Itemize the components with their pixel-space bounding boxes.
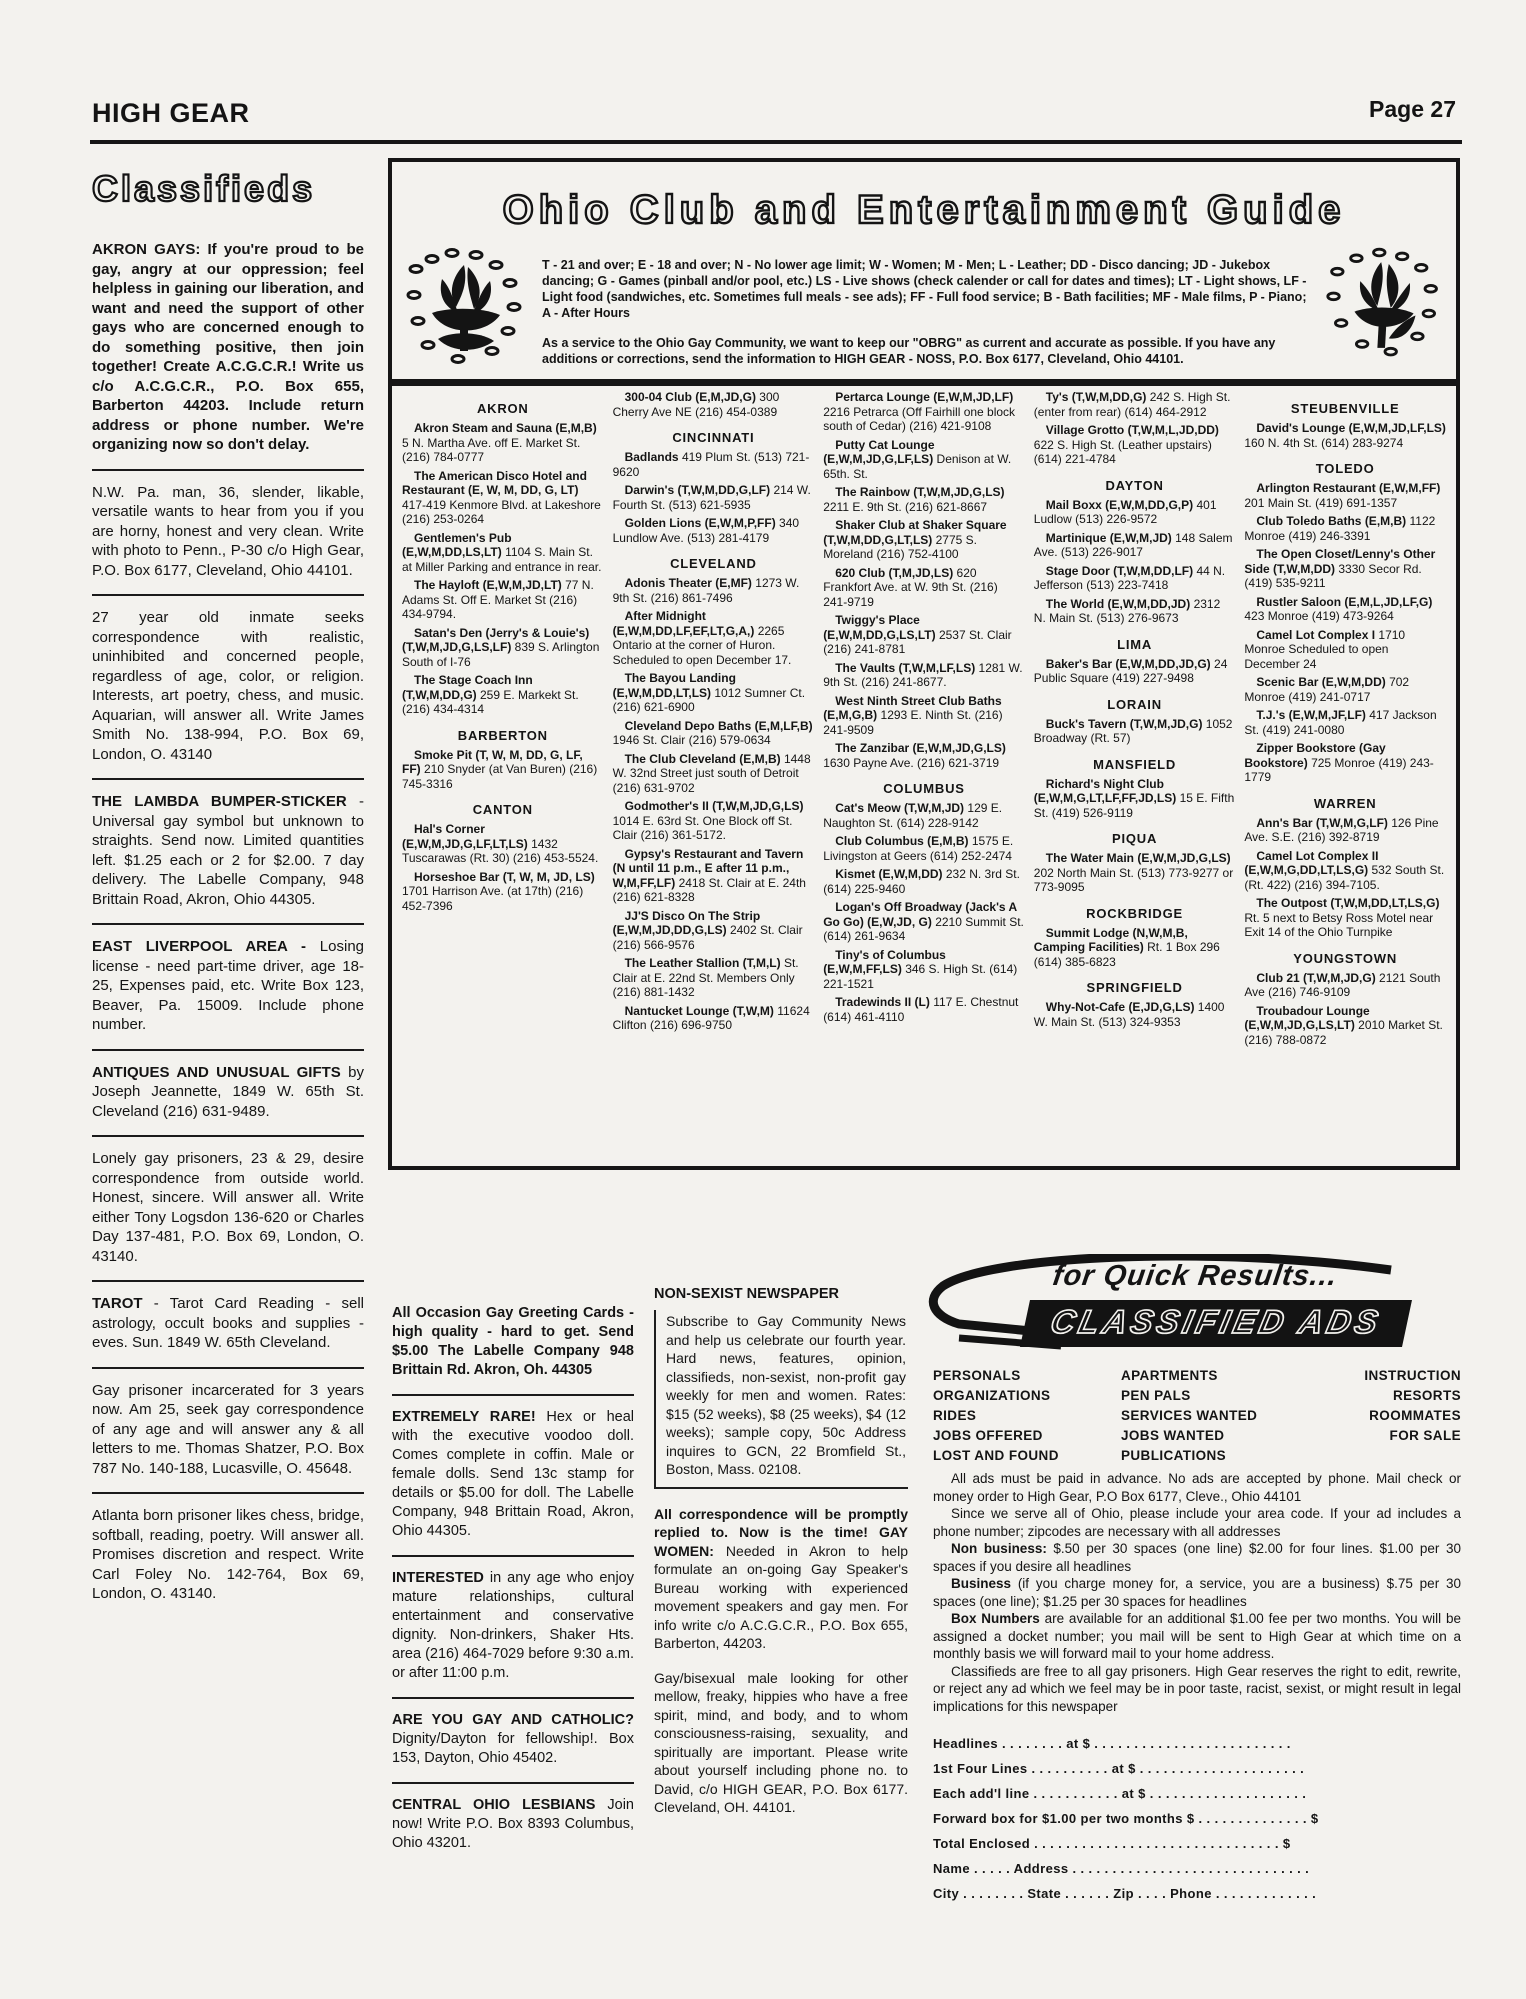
panel-banner-text: CLASSIFIED ADS — [1047, 1303, 1385, 1341]
classifieds-column: Classifieds AKRON GAYS: If you're proud … — [92, 168, 364, 1618]
guide-entry: Buck's Tavern (T,W,M,JD,G) 1052 Broadway… — [1034, 717, 1236, 746]
bottom-ads-column: All Occasion Gay Greeting Cards - high q… — [392, 1292, 634, 1867]
guide-entry-lead: Darwin's (T,W,M,DD,G,LF) — [625, 483, 774, 497]
category-columns: PERSONALSORGANIZATIONSRIDESJOBS OFFEREDL… — [933, 1366, 1461, 1466]
guide-entry-lead: Buck's Tavern (T,W,M,JD,G) — [1046, 717, 1206, 731]
classified-ad-text: N.W. Pa. man, 36, slender, likable, vers… — [92, 483, 364, 581]
guide-entry: Camel Lot Complex II (E,W,M,G,DD,LT,LS,G… — [1244, 849, 1446, 893]
guide-entry: Why-Not-Cafe (E,JD,G,LS) 1400 W. Main St… — [1034, 1000, 1236, 1029]
classified-ad-text-lead: EAST LIVERPOOL AREA - — [92, 938, 320, 955]
guide-entry-lead: The World (E,W,M,DD,JD) — [1046, 597, 1194, 611]
guide-city-heading: CLEVELAND — [613, 556, 815, 571]
panel-tagline: for Quick Results... — [1051, 1260, 1340, 1293]
guide-entry: Godmother's II (T,W,M,JD,G,LS) 1014 E. 6… — [613, 799, 815, 843]
guide-column: Pertarca Lounge (E,W,M,JD,LF) 2216 Petra… — [823, 390, 1025, 1051]
guide-entry: The Outpost (T,W,M,DD,LT,LS,G) Rt. 5 nex… — [1244, 896, 1446, 940]
classified-ad: Lonely gay prisoners, 23 & 29, desire co… — [92, 1137, 364, 1282]
classified-ad: Gay prisoner incarcerated for 3 years no… — [92, 1369, 364, 1495]
panel-paragraph: All ads must be paid in advance. No ads … — [933, 1470, 1461, 1505]
guide-entry-lead: After Midnight (E,W,M,DD,LF,EF,LT,G,A,) — [613, 609, 758, 638]
guide-entry-lead: Club 21 (T,W,M,JD,G) — [1256, 971, 1379, 985]
classified-ad: 27 year old inmate seeks correspondence … — [92, 596, 364, 780]
guide-entry: Putty Cat Lounge (E,W,M,JD,G,LF,LS) Deni… — [823, 438, 1025, 482]
bottom-ad-text: EXTREMELY RARE! Hex or heal with the exe… — [392, 1408, 634, 1541]
guide-entry: Darwin's (T,W,M,DD,G,LF) 214 W. Fourth S… — [613, 483, 815, 512]
guide-entry: Troubadour Lounge (E,W,M,JD,G,LS,LT) 201… — [1244, 1004, 1446, 1048]
guide-legend: T - 21 and over; E - 18 and over; N - No… — [530, 243, 1324, 367]
guide-entry-lead: Putty Cat Lounge (E,W,M,JD,G,LF,LS) — [823, 438, 936, 467]
guide-city-heading: ROCKBRIDGE — [1034, 906, 1236, 921]
panel-paragraph: Classifieds are free to all gay prisoner… — [933, 1663, 1461, 1716]
guide-entry: Rustler Saloon (E,M,L,JD,LF,G) 423 Monro… — [1244, 595, 1446, 624]
classified-ad-text: Lonely gay prisoners, 23 & 29, desire co… — [92, 1149, 364, 1266]
guide-entry-lead: The Stage Coach Inn (T,W,M,DD,G) — [402, 673, 533, 702]
guide-entry: West Ninth Street Club Baths (E,M,G,B) 1… — [823, 694, 1025, 738]
guide-entry-lead: Baker's Bar (E,W,M,DD,JD,G) — [1046, 657, 1214, 671]
guide-entry-lead: Club Toledo Baths (E,M,B) — [1256, 514, 1409, 528]
classifieds-title: Classifieds — [92, 168, 364, 210]
classified-ad: N.W. Pa. man, 36, slender, likable, vers… — [92, 471, 364, 597]
guide-entry: JJ'S Disco On The Strip (E,W,M,JD,DD,G,L… — [613, 909, 815, 953]
panel-paragraph: Business (if you charge money for, a ser… — [933, 1575, 1461, 1610]
guide-legend-codes: T - 21 and over; E - 18 and over; N - No… — [542, 257, 1316, 321]
guide-entry: The Club Cleveland (E,M,B) 1448 W. 32nd … — [613, 752, 815, 796]
guide-entry-lead: Kismet (E,W,M,DD) — [835, 867, 946, 881]
category-label: LOST AND FOUND — [933, 1446, 1121, 1466]
guide-entry-lead: Camel Lot Complex I — [1256, 628, 1378, 642]
guide-entry-lead: Ann's Bar (T,W,M,G,LF) — [1256, 816, 1391, 830]
category-label: INSTRUCTION — [1311, 1366, 1461, 1386]
guide-city-heading: STEUBENVILLE — [1244, 401, 1446, 416]
classified-ads-logo: for Quick Results... CLASSIFIED ADS — [933, 1258, 1461, 1360]
guide-entry: Ann's Bar (T,W,M,G,LF) 126 Pine Ave. S.E… — [1244, 816, 1446, 845]
category-column: INSTRUCTIONRESORTSROOMMATESFOR SALE — [1311, 1366, 1461, 1466]
guide-entry-lead: Hal's Corner (E,W,M,JD,G,LF,LT,LS) — [402, 822, 531, 851]
form-line: Total Enclosed . . . . . . . . . . . . .… — [933, 1831, 1461, 1856]
form-line: Headlines . . . . . . . . at $ . . . . .… — [933, 1731, 1461, 1756]
classified-ad-text-lead: ANTIQUES AND UNUSUAL GIFTS — [92, 1064, 348, 1081]
guide-entry-lead: Richard's Night Club (E,W,M,G,LT,LF,FF,J… — [1034, 777, 1180, 806]
guide-entry: Richard's Night Club (E,W,M,G,LT,LF,FF,J… — [1034, 777, 1236, 821]
category-label: SERVICES WANTED — [1121, 1406, 1311, 1426]
guide-entry: The Hayloft (E,W,M,JD,LT) 77 N. Adams St… — [402, 578, 604, 622]
guide-entry: Camel Lot Complex I 1710 Monroe Schedule… — [1244, 628, 1446, 672]
classified-ad: AKRON GAYS: If you're proud to be gay, a… — [92, 228, 364, 471]
guide-entry-lead: The Vaults (T,W,M,LF,LS) — [835, 661, 978, 675]
panel-paragraph: Box Numbers are available for an additio… — [933, 1610, 1461, 1663]
guide-entry-lead: Tiny's of Columbus (E,W,M,FF,LS) — [823, 948, 946, 977]
guide-entry-lead: Rustler Saloon (E,M,L,JD,LF,G) — [1256, 595, 1432, 609]
guide-entry: Nantucket Lounge (T,W,M) 11624 Clifton (… — [613, 1004, 815, 1033]
guide-entry: Baker's Bar (E,W,M,DD,JD,G) 24 Public Sq… — [1034, 657, 1236, 686]
guide-city-heading: TOLEDO — [1244, 461, 1446, 476]
guide-entry: The Zanzibar (E,W,M,JD,G,LS) 1630 Payne … — [823, 741, 1025, 770]
guide-entry-lead: Mail Boxx (E,W,M,DD,G,P) — [1046, 498, 1197, 512]
masthead-title: HIGH GEAR — [92, 98, 250, 129]
guide-entry: 300-04 Club (E,M,JD,G) 300 Cherry Ave NE… — [613, 390, 815, 419]
classified-ads-list: AKRON GAYS: If you're proud to be gay, a… — [92, 228, 364, 1618]
guide-entry-lead: The Outpost (T,W,M,DD,LT,LS,G) — [1256, 896, 1439, 910]
classified-ad-text-lead: THE LAMBDA BUMPER-STICKER — [92, 793, 359, 810]
panel-paragraphs: All ads must be paid in advance. No ads … — [933, 1470, 1461, 1715]
guide-entry-lead: Cleveland Depo Baths (E,M,LF,B) — [625, 719, 813, 733]
guide-city-heading: DAYTON — [1034, 478, 1236, 493]
guide-entry-lead: Adonis Theater (E,MF) — [625, 576, 756, 590]
guide-entry-lead: Satan's Den (Jerry's & Louie's) (T,W,M,J… — [402, 626, 589, 655]
category-label: PUBLICATIONS — [1121, 1446, 1311, 1466]
guide-entry: Gentlemen's Pub (E,W,M,DD,LS,LT) 1104 S.… — [402, 531, 604, 575]
guide-entry-lead: Zipper Bookstore (Gay Bookstore) — [1244, 741, 1385, 770]
guide-entry: Tiny's of Columbus (E,W,M,FF,LS) 346 S. … — [823, 948, 1025, 992]
bottom-ad-text-lead: All Occasion Gay Greeting Cards - high q… — [392, 1305, 634, 1378]
guide-city-heading: COLUMBUS — [823, 781, 1025, 796]
guide-entry-lead: Scenic Bar (E,W,M,DD) — [1256, 675, 1389, 689]
guide-entry: Stage Door (T,W,M,DD,LF) 44 N. Jefferson… — [1034, 564, 1236, 593]
guide-city-heading: CANTON — [402, 802, 604, 817]
classified-ad: TAROT - Tarot Card Reading - sell astrol… — [92, 1282, 364, 1369]
category-label: JOBS WANTED — [1121, 1426, 1311, 1446]
guide-entry: Martinique (E,W,M,JD) 148 Salem Ave. (51… — [1034, 531, 1236, 560]
bottom-ad: EXTREMELY RARE! Hex or heal with the exe… — [392, 1396, 634, 1557]
notice-text: All correspondence will be promptly repl… — [654, 1505, 908, 1653]
classified-ad-text: AKRON GAYS: If you're proud to be gay, a… — [92, 240, 364, 455]
guide-entry: Golden Lions (E,W,M,P,FF) 340 Lundlow Av… — [613, 516, 815, 545]
guide-entry: David's Lounge (E,W,M,JD,LF,LS) 160 N. 4… — [1244, 421, 1446, 450]
guide-entry: Scenic Bar (E,W,M,DD) 702 Monroe (419) 2… — [1244, 675, 1446, 704]
guide-entry: The Open Closet/Lenny's Other Side (T,W,… — [1244, 547, 1446, 591]
guide-entry-lead: Troubadour Lounge (E,W,M,JD,G,LS,LT) — [1244, 1004, 1369, 1033]
category-label: PEN PALS — [1121, 1386, 1311, 1406]
guide-entry: 620 Club (T,M,JD,LS) 620 Frankfort Ave. … — [823, 566, 1025, 610]
guide-entry-lead: Camel Lot Complex II (E,W,M,G,DD,LT,LS,G… — [1244, 849, 1378, 878]
guide-entry: Arlington Restaurant (E,W,M,FF) 201 Main… — [1244, 481, 1446, 510]
guide-entry-lead: Cat's Meow (T,W,M,JD) — [835, 801, 967, 815]
guide-entry: Summit Lodge (N,W,M,B, Camping Facilitie… — [1034, 926, 1236, 970]
guide-entry-lead: Why-Not-Cafe (E,JD,G,LS) — [1046, 1000, 1198, 1014]
guide-column: Ty's (T,W,M,DD,G) 242 S. High St. (enter… — [1034, 390, 1236, 1051]
guide-entry-lead: The American Disco Hotel and Restaurant … — [402, 469, 587, 498]
classified-ad-text: THE LAMBDA BUMPER-STICKER - Universal ga… — [92, 792, 364, 909]
guide-city-heading: LIMA — [1034, 637, 1236, 652]
guide-entry-lead: Martinique (E,W,M,JD) — [1046, 531, 1175, 545]
guide-entry-lead: Arlington Restaurant (E,W,M,FF) — [1256, 481, 1440, 495]
guide-entry-lead: The Water Main (E,W,M,JD,G,LS) — [1046, 851, 1231, 865]
guide-entry: Gypsy's Restaurant and Tavern (N until 1… — [613, 847, 815, 905]
guide-entry-lead: Ty's (T,W,M,DD,G) — [1046, 390, 1150, 404]
header-rule — [90, 140, 1462, 144]
guide-column: AKRONAkron Steam and Sauna (E,M,B) 5 N. … — [402, 390, 604, 1051]
guide-column: STEUBENVILLEDavid's Lounge (E,W,M,JD,LF,… — [1244, 390, 1446, 1051]
guide-entry: Adonis Theater (E,MF) 1273 W. 9th St. (2… — [613, 576, 815, 605]
guide-city-heading: MANSFIELD — [1034, 757, 1236, 772]
guide-entry: Hal's Corner (E,W,M,JD,G,LF,LT,LS) 1432 … — [402, 822, 604, 866]
bottom-ad-text: ARE YOU GAY AND CATHOLIC? Dignity/Dayton… — [392, 1711, 634, 1768]
guide-entry: Mail Boxx (E,W,M,DD,G,P) 401 Ludlow (513… — [1034, 498, 1236, 527]
notice-text: Gay/bisexual male looking for other mell… — [654, 1669, 908, 1817]
guide-entry-lead: Badlands — [625, 450, 682, 464]
guide-entry-lead: Summit Lodge (N,W,M,B, Camping Facilitie… — [1034, 926, 1188, 955]
guide-entry-lead: 620 Club (T,M,JD,LS) — [835, 566, 956, 580]
category-label: JOBS OFFERED — [933, 1426, 1121, 1446]
guide-city-heading: AKRON — [402, 401, 604, 416]
bottom-notices-column: NON-SEXIST NEWSPAPERSubscribe to Gay Com… — [654, 1286, 908, 1833]
guide-entry-lead: Akron Steam and Sauna (E,M,B) — [414, 421, 597, 435]
form-line: City . . . . . . . . State . . . . . . Z… — [933, 1881, 1461, 1906]
bottom-ad-text-lead: CENTRAL OHIO LESBIANS — [392, 1797, 607, 1813]
category-label: APARTMENTS — [1121, 1366, 1311, 1386]
guide-entry: The Stage Coach Inn (T,W,M,DD,G) 259 E. … — [402, 673, 604, 717]
guide-entry: Akron Steam and Sauna (E,M,B) 5 N. Marth… — [402, 421, 604, 465]
order-form-lines: Headlines . . . . . . . . at $ . . . . .… — [933, 1731, 1461, 1906]
newspaper-page: HIGH GEAR Page 27 Classifieds AKRON GAYS… — [0, 0, 1526, 1999]
guide-entry-lead: Twiggy's Place (E,W,M,DD,G,LS,LT) — [823, 613, 939, 642]
guide-entry-lead: David's Lounge (E,W,M,JD,LF,LS) — [1256, 421, 1446, 435]
guide-entry: The Leather Stallion (T,M,L) St. Clair a… — [613, 956, 815, 1000]
guide-entry: Cleveland Depo Baths (E,M,LF,B) 1946 St.… — [613, 719, 815, 748]
guide-entry: Twiggy's Place (E,W,M,DD,G,LS,LT) 2537 S… — [823, 613, 1025, 657]
classified-ad-text-lead: AKRON GAYS: — [92, 241, 208, 258]
guide-entry-lead: West Ninth Street Club Baths (E,M,G,B) — [823, 694, 1001, 723]
guide-entry: The Rainbow (T,W,M,JD,G,LS) 2211 E. 9th … — [823, 485, 1025, 514]
guide-entry-lead: Shaker Club at Shaker Square (T,W,M,DD,G… — [823, 518, 1006, 547]
guide-entry-lead: Godmother's II (T,W,M,JD,G,LS) — [625, 799, 804, 813]
category-label: FOR SALE — [1311, 1426, 1461, 1446]
bottom-ad-text: INTERESTED in any age who enjoy mature r… — [392, 1569, 634, 1683]
guide-city-heading: YOUNGSTOWN — [1244, 951, 1446, 966]
guide-entry-lead: The Open Closet/Lenny's Other Side (T,W,… — [1244, 547, 1435, 576]
guide-entry-lead: Club Columbus (E,M,B) — [835, 834, 972, 848]
form-line: Name . . . . . Address . . . . . . . . .… — [933, 1856, 1461, 1881]
guide-entry: After Midnight (E,W,M,DD,LF,EF,LT,G,A,) … — [613, 609, 815, 667]
guide-entry: Satan's Den (Jerry's & Louie's) (T,W,M,J… — [402, 626, 604, 670]
guide-entry: Smoke Pit (T, W, M, DD, G, LF, FF) 210 S… — [402, 748, 604, 792]
form-line: Forward box for $1.00 per two months $ .… — [933, 1806, 1461, 1831]
category-column: PERSONALSORGANIZATIONSRIDESJOBS OFFEREDL… — [933, 1366, 1121, 1466]
category-label: ORGANIZATIONS — [933, 1386, 1121, 1406]
guide-entry-lead: T.J.'s (E,W,M,JF,LF) — [1256, 708, 1369, 722]
guide-entry: Club Toledo Baths (E,M,B) 1122 Monroe (4… — [1244, 514, 1446, 543]
guide-entry: Ty's (T,W,M,DD,G) 242 S. High St. (enter… — [1034, 390, 1236, 419]
guide-column: 300-04 Club (E,M,JD,G) 300 Cherry Ave NE… — [613, 390, 815, 1051]
guide-entry: Village Grotto (T,W,M,L,JD,DD) 622 S. Hi… — [1034, 423, 1236, 467]
guide-entry: The Vaults (T,W,M,LF,LS) 1281 W. 9th St.… — [823, 661, 1025, 690]
bottom-ad: CENTRAL OHIO LESBIANS Join now! Write P.… — [392, 1784, 634, 1867]
guide-entry: Shaker Club at Shaker Square (T,W,M,DD,G… — [823, 518, 1025, 562]
guide-entry-lead: Nantucket Lounge (T,W,M) — [625, 1004, 778, 1018]
classified-ads-panel: for Quick Results... CLASSIFIED ADS PERS… — [933, 1258, 1461, 1906]
guide-entry-lead: Gentlemen's Pub (E,W,M,DD,LS,LT) — [402, 531, 512, 560]
category-label: PERSONALS — [933, 1366, 1121, 1386]
classified-ad: Atlanta born prisoner likes chess, bridg… — [92, 1494, 364, 1618]
guide-entry: The Bayou Landing (E,W,M,DD,LT,LS) 1012 … — [613, 671, 815, 715]
classified-ad-text: EAST LIVERPOOL AREA - Losing license - n… — [92, 937, 364, 1035]
guide-entry: Club Columbus (E,M,B) 1575 E. Livingston… — [823, 834, 1025, 863]
classified-ad-text: TAROT - Tarot Card Reading - sell astrol… — [92, 1294, 364, 1353]
classified-ad-text: 27 year old inmate seeks correspondence … — [92, 608, 364, 764]
guide-entry: Zipper Bookstore (Gay Bookstore) 725 Mon… — [1244, 741, 1446, 785]
guide-entry-lead: Gypsy's Restaurant and Tavern (N until 1… — [613, 847, 804, 890]
guide-entry-lead: Stage Door (T,W,M,DD,LF) — [1046, 564, 1197, 578]
page-number: Page 27 — [1369, 96, 1456, 123]
guide-entry: T.J.'s (E,W,M,JF,LF) 417 Jackson St. (41… — [1244, 708, 1446, 737]
classified-ad: ANTIQUES AND UNUSUAL GIFTS by Joseph Jea… — [92, 1051, 364, 1138]
form-line: Each add'l line . . . . . . . . . . . at… — [933, 1781, 1461, 1806]
notice-text-lead: All correspondence will be promptly repl… — [654, 1506, 908, 1559]
guide-entry-lead: Horseshoe Bar (T, W, M, JD, LS) — [414, 870, 595, 884]
guide-entry: Badlands 419 Plum St. (513) 721-9620 — [613, 450, 815, 479]
bottom-ad-text-lead: EXTREMELY RARE! — [392, 1409, 546, 1425]
guide-entry-lead: Smoke Pit (T, W, M, DD, G, LF, FF) — [402, 748, 583, 777]
guide-entry: The American Disco Hotel and Restaurant … — [402, 469, 604, 527]
classified-ad-text: Atlanta born prisoner likes chess, bridg… — [92, 1506, 364, 1604]
guide-entry-lead: The Bayou Landing (E,W,M,DD,LT,LS) — [613, 671, 736, 700]
guide-entry: Club 21 (T,W,M,JD,G) 2121 South Ave (216… — [1244, 971, 1446, 1000]
panel-banner: CLASSIFIED ADS — [1020, 1300, 1412, 1347]
notice-text: Subscribe to Gay Community News and help… — [654, 1310, 908, 1489]
guide-entry: Pertarca Lounge (E,W,M,JD,LF) 2216 Petra… — [823, 390, 1025, 434]
classified-ad-text: Gay prisoner incarcerated for 3 years no… — [92, 1381, 364, 1479]
notice-heading: NON-SEXIST NEWSPAPER — [654, 1286, 908, 1302]
guide-entry-lead: The Leather Stallion (T,M,L) — [625, 956, 784, 970]
panel-paragraph-lead: Box Numbers — [951, 1611, 1045, 1626]
guide-entry-lead: The Zanzibar (E,W,M,JD,G,LS) — [835, 741, 1006, 755]
guide-entry-lead: The Hayloft (E,W,M,JD,LT) — [414, 578, 565, 592]
guide-entry-lead: Village Grotto (T,W,M,L,JD,DD) — [1046, 423, 1219, 437]
guide-legend-note: As a service to the Ohio Gay Community, … — [542, 335, 1316, 367]
bottom-ad-text: All Occasion Gay Greeting Cards - high q… — [392, 1304, 634, 1380]
guide-entry-lead: 300-04 Club (E,M,JD,G) — [625, 390, 760, 404]
category-label: ROOMMATES — [1311, 1406, 1461, 1426]
guide-entry: Tradewinds II (L) 117 E. Chestnut (614) … — [823, 995, 1025, 1024]
category-label: RIDES — [933, 1406, 1121, 1426]
guide-entry-lead: The Club Cleveland (E,M,B) — [625, 752, 784, 766]
panel-paragraph-lead: Business — [951, 1576, 1018, 1591]
guide-entry: Logan's Off Broadway (Jack's A Go Go) (E… — [823, 900, 1025, 944]
guide-title: Ohio Club and Entertainment Guide — [400, 188, 1448, 233]
flower-icon-left — [402, 243, 530, 371]
guide-city-heading: LORAIN — [1034, 697, 1236, 712]
form-line: 1st Four Lines . . . . . . . . . . at $ … — [933, 1756, 1461, 1781]
bottom-ad-text-lead: ARE YOU GAY AND CATHOLIC? — [392, 1712, 634, 1728]
classified-ad: EAST LIVERPOOL AREA - Losing license - n… — [92, 925, 364, 1051]
bottom-ad: INTERESTED in any age who enjoy mature r… — [392, 1557, 634, 1699]
bottom-ad: ARE YOU GAY AND CATHOLIC? Dignity/Dayton… — [392, 1699, 634, 1784]
classified-ad: THE LAMBDA BUMPER-STICKER - Universal ga… — [92, 780, 364, 925]
guide-city-heading: BARBERTON — [402, 728, 604, 743]
category-column: APARTMENTSPEN PALSSERVICES WANTEDJOBS WA… — [1121, 1366, 1311, 1466]
guide-divider-rule — [392, 379, 1456, 386]
guide-entry-lead: The Rainbow (T,W,M,JD,G,LS) — [835, 485, 1004, 499]
guide-entry: The World (E,W,M,DD,JD) 2312 N. Main St.… — [1034, 597, 1236, 626]
panel-paragraph: Since we serve all of Ohio, please inclu… — [933, 1505, 1461, 1540]
guide-city-heading: WARREN — [1244, 796, 1446, 811]
classified-ad-text: ANTIQUES AND UNUSUAL GIFTS by Joseph Jea… — [92, 1063, 364, 1122]
guide-city-heading: SPRINGFIELD — [1034, 980, 1236, 995]
panel-paragraph-lead: Non business: — [951, 1541, 1053, 1556]
guide-city-heading: PIQUA — [1034, 831, 1236, 846]
guide-entry-lead: Pertarca Lounge (E,W,M,JD,LF) — [835, 390, 1013, 404]
classified-ad-text-lead: TAROT — [92, 1295, 154, 1312]
guide-legend-row: T - 21 and over; E - 18 and over; N - No… — [392, 237, 1456, 371]
category-label: RESORTS — [1311, 1386, 1461, 1406]
club-guide-box: Ohio Club and Entertainment Guide — [388, 158, 1460, 1170]
guide-entry: Kismet (E,W,M,DD) 232 N. 3rd St. (614) 2… — [823, 867, 1025, 896]
flower-icon-right — [1324, 243, 1446, 365]
guide-entry: Horseshoe Bar (T, W, M, JD, LS) 1701 Har… — [402, 870, 604, 914]
guide-columns: AKRONAkron Steam and Sauna (E,M,B) 5 N. … — [392, 386, 1456, 1051]
guide-entry: Cat's Meow (T,W,M,JD) 129 E. Naughton St… — [823, 801, 1025, 830]
guide-entry: The Water Main (E,W,M,JD,G,LS) 202 North… — [1034, 851, 1236, 895]
panel-paragraph: Non business: $.50 per 30 spaces (one li… — [933, 1540, 1461, 1575]
guide-entry-lead: Golden Lions (E,W,M,P,FF) — [625, 516, 779, 530]
bottom-ad-text-lead: INTERESTED — [392, 1570, 490, 1586]
guide-entry-lead: JJ'S Disco On The Strip (E,W,M,JD,DD,G,L… — [613, 909, 761, 938]
bottom-ad-text: CENTRAL OHIO LESBIANS Join now! Write P.… — [392, 1796, 634, 1853]
guide-entry-lead: Logan's Off Broadway (Jack's A Go Go) (E… — [823, 900, 1017, 929]
bottom-ad: All Occasion Gay Greeting Cards - high q… — [392, 1292, 634, 1396]
guide-city-heading: CINCINNATI — [613, 430, 815, 445]
guide-entry-lead: Tradewinds II (L) — [835, 995, 933, 1009]
